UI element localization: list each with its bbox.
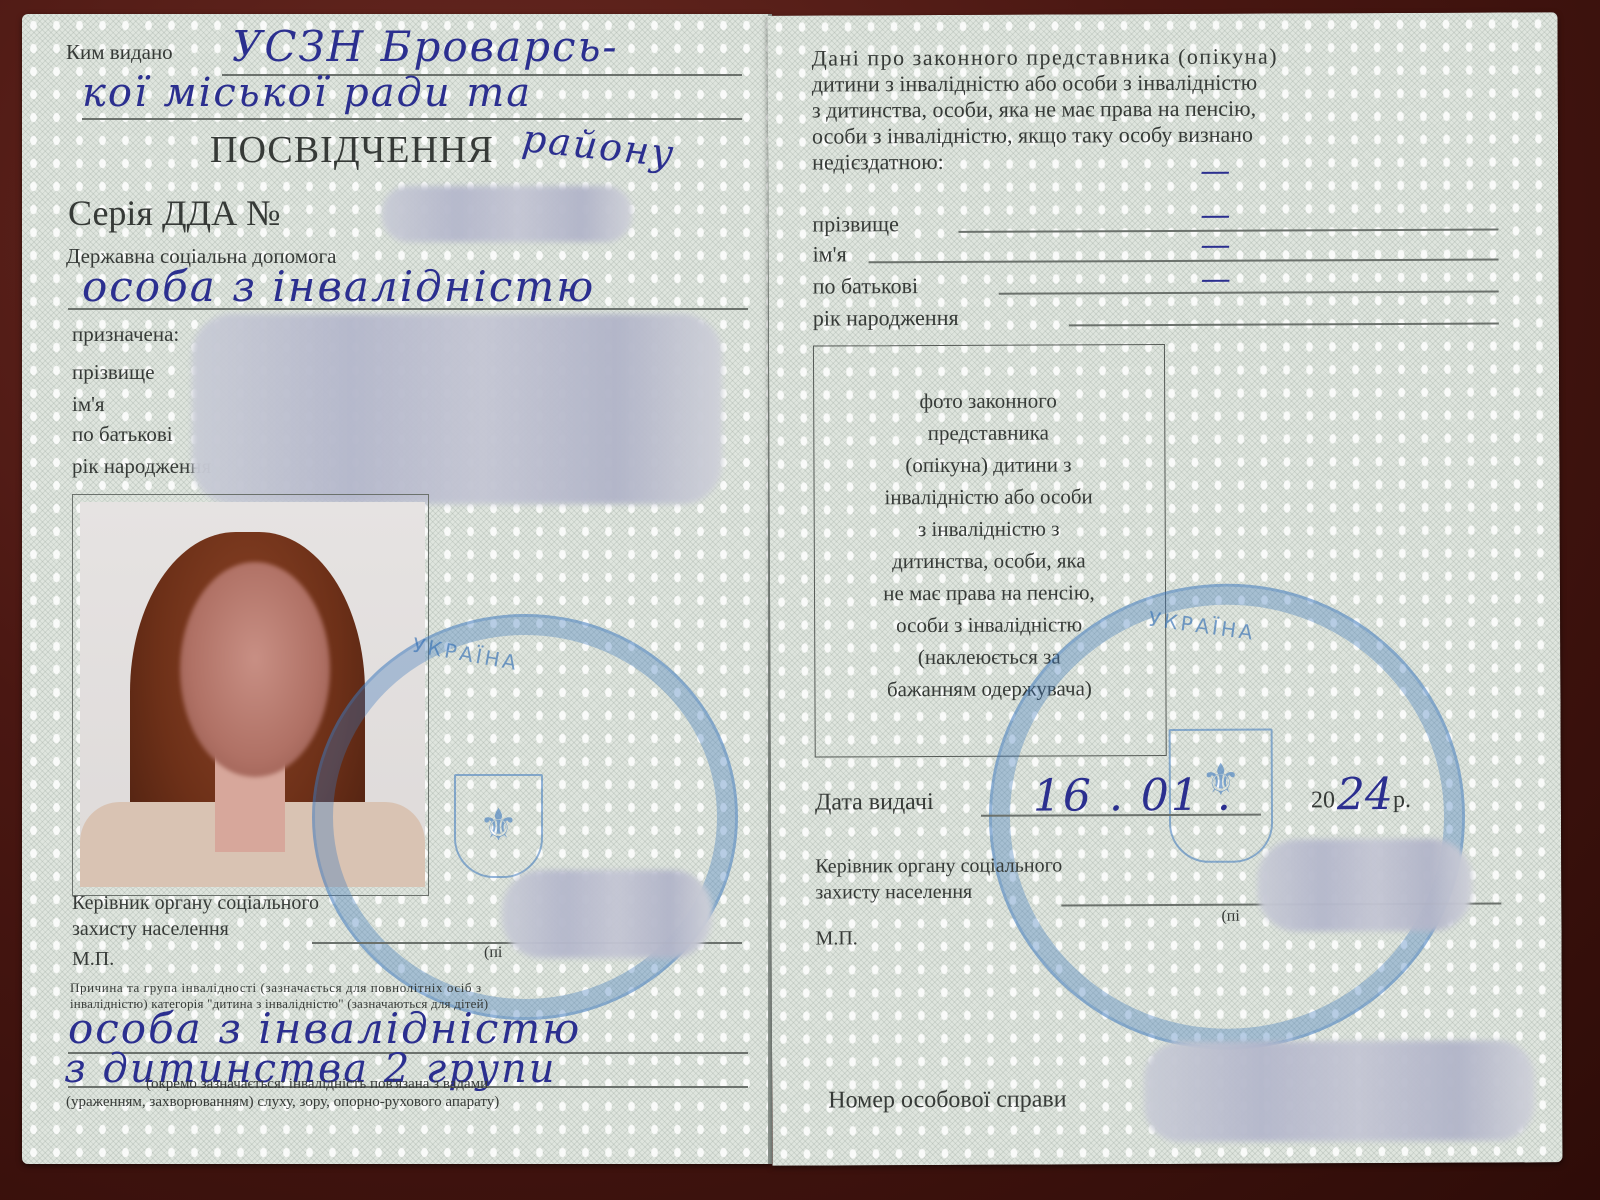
guardian-heading-line2: дитини з інвалідністю або особи з інвалі… [812,70,1257,98]
photo-instruction-line: представника [813,416,1163,450]
photo-instruction-line: фото законного [813,384,1163,418]
photo-instruction-line: інвалідністю або особи [814,480,1164,514]
guardian-dash: — [1200,154,1232,189]
right-seal-label: М.П. [815,927,857,950]
coat-of-arms-icon: ⚜ [454,774,543,878]
series-number-redacted [382,186,632,242]
case-number-redacted [1144,1040,1534,1142]
issue-date-label: Дата видачі [815,789,934,817]
guardian-heading-line1: Дані про законного представника (опікуна… [812,44,1278,72]
issue-date-day-month: 16 . 01 . [1033,770,1233,822]
signature-redacted [502,870,712,958]
issue-date-year-suffix: 24 [1337,769,1393,820]
issue-date-year-prefix: 20 [1311,787,1335,814]
issued-by-value-line1: УСЗН Броварсь- [232,22,619,71]
guardian-heading-line4: особи з інвалідністю, якщо таку особу ви… [812,122,1253,150]
note-line1: (окремо зазначається: інвалідність пов'я… [146,1076,488,1093]
right-head-label-line2: захисту населення [815,881,972,905]
guardian-heading-line5: недієздатною: [812,149,944,176]
personal-data-redacted [192,314,722,504]
patronymic-label: по батькові [72,422,173,447]
right-signature-hint: (пі [1221,908,1239,926]
right-head-label-line1: Керівник органу соціального [815,854,1062,878]
guardian-patronymic-label: по батькові [813,273,919,299]
seal-label: М.П. [72,948,114,971]
signature-hint: (пі [484,944,502,962]
issued-by-label: Ким видано [66,40,173,65]
head-label-line2: захисту населення [72,918,229,941]
reason-label-line1: Причина та група інвалідності (зазначаєт… [70,980,482,996]
issued-by-value-line3: району [520,116,677,176]
issue-date-year-unit: р. [1393,787,1411,814]
case-number-label: Номер особової справи [828,1086,1066,1114]
surname-label: прізвище [72,360,155,385]
series-label: Серія ДДА № [68,192,280,234]
assistance-value: особа з інвалідністю [82,262,595,311]
photo-instruction-line: (опікуна) дитини з [813,448,1163,482]
photo-instruction-line: не має права на пенсію, [814,576,1164,610]
photo-instruction-line: з інвалідністю з [814,512,1164,546]
guardian-name-label: ім'я [812,241,846,267]
guardian-patronymic-value: — [1201,262,1233,297]
birth-year-label: рік народження [72,454,211,479]
name-label: ім'я [72,392,105,417]
certificate-left-page: Ким видано УСЗН Броварсь- кої міської ра… [22,14,770,1164]
assigned-label: призначена: [72,322,179,347]
certificate-title: ПОСВІДЧЕННЯ [210,128,494,172]
guardian-name-value: — [1200,228,1232,263]
guardian-surname-label: прізвище [812,211,899,237]
certificate-right-page: Дані про законного представника (опікуна… [767,12,1562,1165]
head-label-line1: Керівник органу соціального [72,892,319,915]
issued-by-value-line2: кої міської ради та [82,70,532,116]
guardian-birth-year-label: рік народження [813,305,959,332]
redacted-face [180,562,330,777]
photo-instruction-line: дитинства, особи, яка [814,544,1164,578]
note-line2: (ураженням, захворюванням) слуху, зору, … [66,1094,499,1111]
guardian-heading-line3: з дитинства, особи, яка не має права на … [812,96,1256,124]
right-signature-redacted [1257,839,1472,932]
